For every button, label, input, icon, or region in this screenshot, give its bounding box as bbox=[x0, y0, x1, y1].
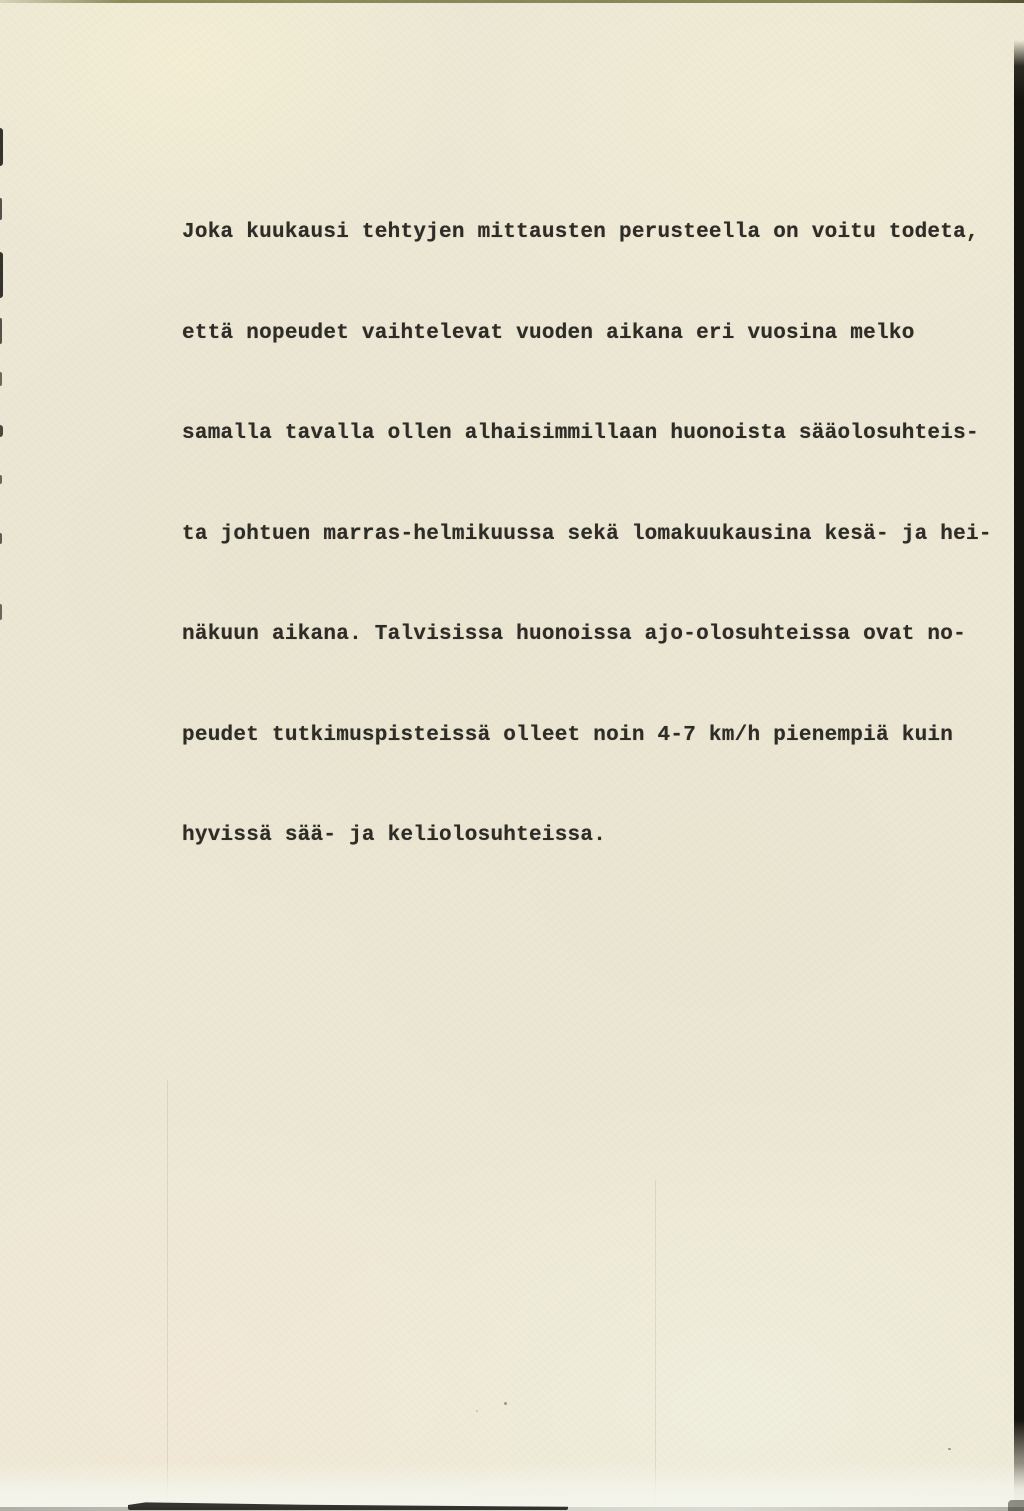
scan-left-edge-mark bbox=[0, 318, 2, 344]
scan-bottom-right-corner-shadow bbox=[1008, 1500, 1024, 1511]
scan-speck bbox=[476, 1410, 478, 1412]
paragraph-line: Joka kuukausi tehtyjen mittausten perust… bbox=[182, 216, 1002, 250]
paragraph-line: hyvissä sää- ja keliolosuhteissa. bbox=[182, 819, 1002, 853]
scan-left-edge-mark bbox=[0, 372, 2, 386]
scanned-page: Joka kuukausi tehtyjen mittausten perust… bbox=[0, 0, 1024, 1511]
paper-crease bbox=[167, 1080, 168, 1511]
scan-left-edge-mark bbox=[0, 533, 2, 544]
paragraph-line: peudet tutkimuspisteissä olleet noin 4-7… bbox=[182, 719, 1002, 753]
scan-speck bbox=[948, 1448, 951, 1450]
paragraph-line: että nopeudet vaihtelevat vuoden aikana … bbox=[182, 317, 1002, 351]
scan-left-edge-mark bbox=[0, 425, 3, 437]
paragraph-line: näkuun aikana. Talvisissa huonoissa ajo-… bbox=[182, 618, 1002, 652]
scan-left-edge-mark bbox=[0, 252, 3, 298]
paper-crease bbox=[655, 1180, 656, 1511]
paragraph-line: ta johtuen marras-helmikuussa sekä lomak… bbox=[182, 518, 1002, 552]
scan-left-edge-mark bbox=[0, 128, 3, 166]
paragraph-line: samalla tavalla ollen alhaisimmillaan hu… bbox=[182, 417, 1002, 451]
paragraph: Joka kuukausi tehtyjen mittausten perust… bbox=[182, 149, 1002, 920]
scan-left-edge-mark bbox=[0, 604, 2, 620]
scan-left-edge-mark bbox=[0, 198, 2, 220]
scan-top-edge-line bbox=[0, 0, 1024, 3]
scan-left-edge-mark bbox=[0, 475, 2, 484]
scan-speck bbox=[504, 1402, 507, 1405]
scan-right-edge-strip bbox=[1014, 40, 1024, 1511]
